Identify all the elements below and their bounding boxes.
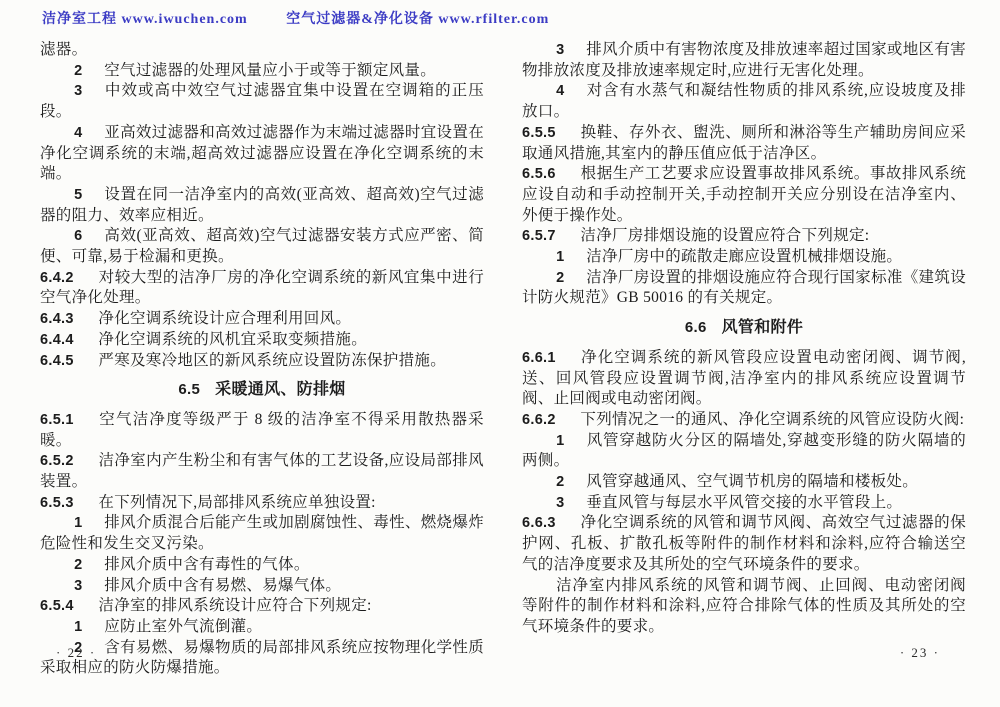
paragraph: 6.4.4净化空调系统的风机宜采取变频措施。	[40, 330, 484, 351]
paragraph: 6.5.4洁净室的排风系统设计应符合下列规定:	[40, 596, 484, 617]
paragraph: 6.6.1净化空调系统的新风管段应设置电动密闭阀、调节阀,送、回风管段应设置调节…	[522, 348, 966, 410]
paragraph: 6.5.1空气洁净度等级严于 8 级的洁净室不得采用散热器采暖。	[40, 410, 484, 451]
clause-number: 6.6.2	[522, 412, 556, 428]
paragraph: 3排风介质中有害物浓度及排放速率超过国家或地区有害物排放浓度及排放速率规定时,应…	[522, 40, 966, 81]
clause-number: 6.6.1	[522, 350, 556, 366]
watermark-site-right: 空气过滤器&净化设备 www.rfilter.com	[286, 12, 549, 27]
clause-number: 2	[556, 474, 564, 490]
paragraph: 3垂直风管与每层水平风管交接的水平管段上。	[522, 493, 966, 514]
paragraph: 4对含有水蒸气和凝结性物质的排风系统,应设坡度及排放口。	[522, 81, 966, 122]
paragraph: 3中效或高中效空气过滤器宜集中设置在空调箱的正压段。	[40, 81, 484, 122]
paragraph: 6.5.6根据生产工艺要求应设置事故排风系统。事故排风系统应设自动和手动控制开关…	[522, 164, 966, 226]
clause-number: 1	[74, 515, 82, 531]
paragraph: 6.6.3净化空调系统的风管和调节风阀、高效空气过滤器的保护网、孔板、扩散孔板等…	[522, 513, 966, 575]
clause-number: 6.4.3	[40, 311, 74, 327]
clause-number: 3	[74, 578, 82, 594]
clause-number: 6.5.4	[40, 598, 74, 614]
paragraph: 6.5.5换鞋、存外衣、盥洗、厕所和淋浴等生产辅助房间应采取通风措施,其室内的静…	[522, 123, 966, 164]
paragraph: 5设置在同一洁净室内的高效(亚高效、超高效)空气过滤器的阻力、效率应相近。	[40, 185, 484, 226]
page-22-text-column: 滤器。2空气过滤器的处理风量应小于或等于额定风量。3中效或高中效空气过滤器宜集中…	[40, 40, 484, 679]
paragraph: 6.4.2对较大型的洁净厂房的净化空调系统的新风宜集中进行空气净化处理。	[40, 268, 484, 309]
paragraph: 1洁净厂房中的疏散走廊应设置机械排烟设施。	[522, 247, 966, 268]
clause-number: 3	[556, 495, 564, 511]
paragraph: 4亚高效过滤器和高效过滤器作为末端过滤器时宜设置在净化空调系统的末端,超高效过滤…	[40, 123, 484, 185]
paragraph: 6高效(亚高效、超高效)空气过滤器安装方式应严密、简便、可靠,易于检漏和更换。	[40, 226, 484, 267]
paragraph: 3排风介质中含有易燃、易爆气体。	[40, 576, 484, 597]
clause-number: 1	[556, 433, 564, 449]
paragraph: 滤器。	[40, 40, 484, 61]
watermark-site-left: 洁净室工程 www.iwuchen.com	[42, 12, 248, 27]
clause-number: 5	[74, 187, 82, 203]
clause-number: 6.4.5	[40, 353, 74, 369]
paragraph: 6.4.5严寒及寒冷地区的新风系统应设置防冻保护措施。	[40, 351, 484, 372]
paragraph: 2含有易燃、易爆物质的局部排风系统应按物理化学性质采取相应的防火防爆措施。	[40, 638, 484, 679]
watermark-header: 洁净室工程 www.iwuchen.com 空气过滤器&净化设备 www.rfi…	[42, 8, 583, 28]
clause-number: 3	[556, 42, 564, 58]
clause-number: 2	[556, 270, 564, 286]
paragraph: 2洁净厂房设置的排烟设施应符合现行国家标准《建筑设计防火规范》GB 50016 …	[522, 268, 966, 309]
paragraph: 6.5.2洁净室内产生粉尘和有害气体的工艺设备,应设局部排风装置。	[40, 451, 484, 492]
clause-number: 6.5.1	[40, 412, 74, 428]
clause-number: 2	[74, 557, 82, 573]
paragraph: 洁净室内排风系统的风管和调节阀、止回阀、电动密闭阀等附件的制作材料和涂料,应符合…	[522, 576, 966, 638]
paragraph: 6.5.3在下列情况下,局部排风系统应单独设置:	[40, 493, 484, 514]
paragraph: 2排风介质中含有毒性的气体。	[40, 555, 484, 576]
clause-number: 6.5.3	[40, 495, 74, 511]
clause-number: 6	[74, 228, 82, 244]
clause-number: 6.6	[685, 319, 707, 336]
paragraph: 1风管穿越防火分区的隔墙处,穿越变形缝的防火隔墙的两侧。	[522, 431, 966, 472]
clause-number: 6.5.5	[522, 125, 556, 141]
page-number-22: · 22 ·	[56, 645, 96, 661]
clause-number: 6.5.7	[522, 228, 556, 244]
clause-number: 1	[556, 249, 564, 265]
clause-number: 2	[74, 63, 82, 79]
paragraph: 1排风介质混合后能产生或加剧腐蚀性、毒性、燃烧爆炸危险性和发生交叉污染。	[40, 513, 484, 554]
section-heading: 6.6风管和附件	[522, 318, 966, 339]
clause-number: 6.4.4	[40, 332, 74, 348]
clause-number: 6.5	[178, 381, 200, 398]
clause-number: 6.4.2	[40, 270, 74, 286]
clause-number: 6.5.6	[522, 166, 556, 182]
page-number-23: · 23 ·	[900, 645, 940, 661]
paragraph: 6.4.3净化空调系统设计应合理利用回风。	[40, 309, 484, 330]
scanned-document-page: 洁净室工程 www.iwuchen.com 空气过滤器&净化设备 www.rfi…	[0, 0, 1000, 707]
paragraph: 6.6.2下列情况之一的通风、净化空调系统的风管应设防火阀:	[522, 410, 966, 431]
clause-number: 3	[74, 83, 82, 99]
paragraph: 2空气过滤器的处理风量应小于或等于额定风量。	[40, 61, 484, 82]
section-heading: 6.5采暖通风、防排烟	[40, 380, 484, 401]
clause-number: 1	[74, 619, 82, 635]
paragraph: 2风管穿越通风、空气调节机房的隔墙和楼板处。	[522, 472, 966, 493]
paragraph: 6.5.7洁净厂房排烟设施的设置应符合下列规定:	[522, 226, 966, 247]
clause-number: 6.6.3	[522, 515, 556, 531]
clause-number: 6.5.2	[40, 453, 74, 469]
paragraph: 1应防止室外气流倒灌。	[40, 617, 484, 638]
clause-number: 4	[556, 83, 564, 99]
clause-number: 4	[74, 125, 82, 141]
page-23-text-column: 3排风介质中有害物浓度及排放速率超过国家或地区有害物排放浓度及排放速率规定时,应…	[522, 40, 966, 638]
